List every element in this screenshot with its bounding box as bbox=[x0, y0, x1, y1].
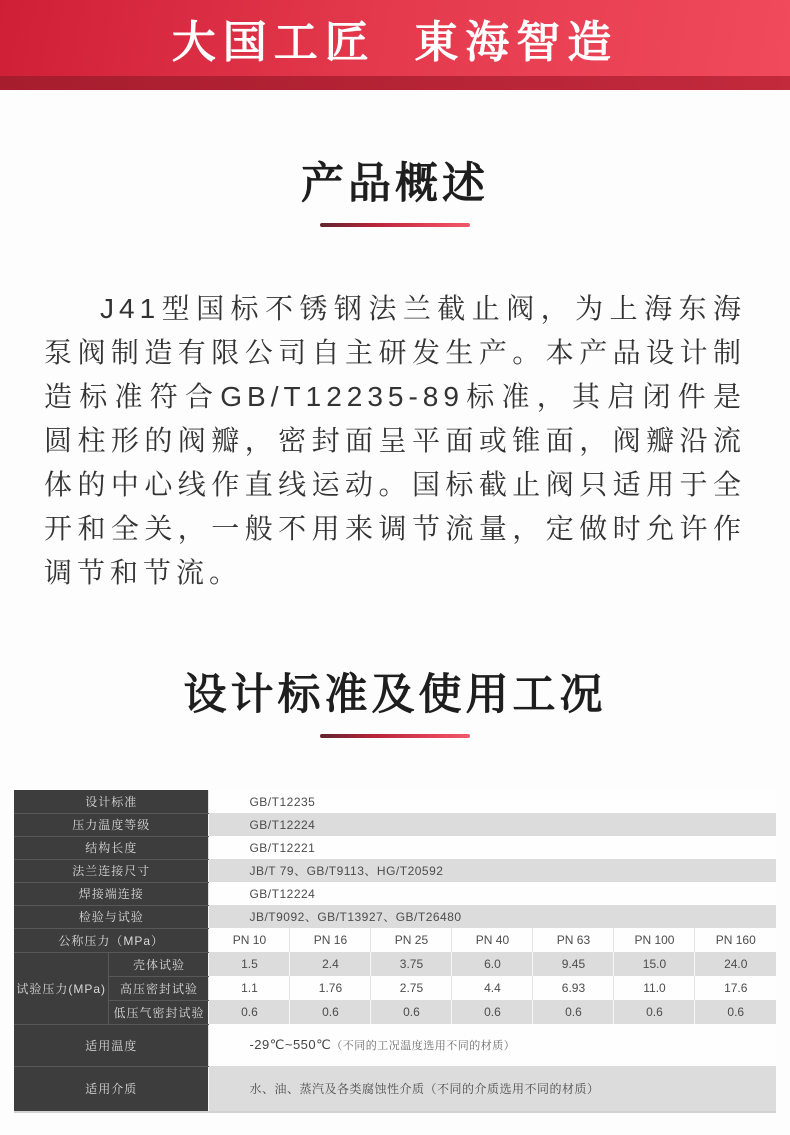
table-row-nominal-pressure: 公称压力（MPa） PN 10 PN 16 PN 25 PN 40 PN 63 … bbox=[14, 928, 776, 952]
overview-paragraph: J41型国标不锈钢法兰截止阀，为上海东海泵阀制造有限公司自主研发生产。本产品设计… bbox=[44, 287, 746, 595]
product-page: 大国工匠 東海智造 产品概述 J41型国标不锈钢法兰截止阀，为上海东海泵阀制造有… bbox=[0, 0, 790, 1135]
pn-column-header: PN 16 bbox=[290, 928, 371, 952]
table-row-flange-size: 法兰连接尺寸 JB/T 79、GB/T9113、HG/T20592 bbox=[14, 859, 776, 882]
pressure-value: 3.75 bbox=[371, 952, 452, 976]
pressure-value: 6.93 bbox=[533, 976, 614, 1000]
table-row-medium: 适用介质 水、油、蒸汽及各类腐蚀性介质（不同的介质选用不同的材质） bbox=[14, 1066, 776, 1112]
banner-bottom-strip bbox=[0, 76, 790, 90]
pressure-value: 0.6 bbox=[695, 1000, 776, 1024]
pressure-value: 0.6 bbox=[371, 1000, 452, 1024]
table-row-hp-seal-test: 高压密封试验 1.1 1.76 2.75 4.4 6.93 11.0 17.6 bbox=[14, 976, 776, 1000]
pn-column-header: PN 100 bbox=[614, 928, 695, 952]
table-row-design-standard: 设计标准 GB/T12235 bbox=[14, 790, 776, 813]
overview-title-underline bbox=[320, 223, 470, 227]
pressure-value: 6.0 bbox=[452, 952, 533, 976]
row-label: 公称压力（MPa） bbox=[14, 928, 209, 952]
medium-value-cell: 水、油、蒸汽及各类腐蚀性介质（不同的介质选用不同的材质） bbox=[209, 1066, 776, 1112]
specs-title-underline bbox=[320, 734, 470, 738]
row-value: GB/T12224 bbox=[209, 813, 776, 836]
pressure-value: 0.6 bbox=[614, 1000, 695, 1024]
spec-table: 设计标准 GB/T12235 压力温度等级 GB/T12224 结构长度 GB/… bbox=[14, 790, 776, 1113]
pressure-value: 2.75 bbox=[371, 976, 452, 1000]
table-row-lp-air-seal-test: 低压气密封试验 0.6 0.6 0.6 0.6 0.6 0.6 0.6 bbox=[14, 1000, 776, 1024]
row-label: 壳体试验 bbox=[109, 952, 209, 976]
overview-title: 产品概述 bbox=[0, 158, 790, 210]
row-label: 结构长度 bbox=[14, 836, 209, 859]
pressure-value: 1.5 bbox=[209, 952, 290, 976]
banner-inner: 大国工匠 東海智造 bbox=[0, 0, 790, 76]
pressure-value: 1.1 bbox=[209, 976, 290, 1000]
pn-column-header: PN 40 bbox=[452, 928, 533, 952]
row-value: JB/T 79、GB/T9113、HG/T20592 bbox=[209, 859, 776, 882]
pn-column-header: PN 160 bbox=[695, 928, 776, 952]
temperature-note: （不同的工况温度选用不同的材质） bbox=[331, 1040, 515, 1052]
table-row-shell-test: 试验压力(MPa) 壳体试验 1.5 2.4 3.75 6.0 9.45 15.… bbox=[14, 952, 776, 976]
row-label: 法兰连接尺寸 bbox=[14, 859, 209, 882]
row-label: 适用温度 bbox=[14, 1024, 209, 1066]
pressure-value: 15.0 bbox=[614, 952, 695, 976]
pressure-value: 0.6 bbox=[290, 1000, 371, 1024]
pressure-value: 0.6 bbox=[209, 1000, 290, 1024]
pn-column-header: PN 25 bbox=[371, 928, 452, 952]
pressure-value: 2.4 bbox=[290, 952, 371, 976]
row-value: GB/T12224 bbox=[209, 882, 776, 905]
table-row-temperature: 适用温度 -29℃~550℃（不同的工况温度选用不同的材质） bbox=[14, 1024, 776, 1066]
pressure-value: 1.76 bbox=[290, 976, 371, 1000]
temperature-value-cell: -29℃~550℃（不同的工况温度选用不同的材质） bbox=[209, 1024, 776, 1066]
pn-column-header: PN 63 bbox=[533, 928, 614, 952]
pressure-value: 0.6 bbox=[452, 1000, 533, 1024]
row-label: 焊接端连接 bbox=[14, 882, 209, 905]
row-label: 压力温度等级 bbox=[14, 813, 209, 836]
specs-section: 设计标准及使用工况 设计标准 GB/T12235 压力温度等级 GB/T1222… bbox=[0, 669, 790, 1113]
test-pressure-group-label: 试验压力(MPa) bbox=[14, 952, 109, 1024]
table-row-weld-end: 焊接端连接 GB/T12224 bbox=[14, 882, 776, 905]
pressure-value: 9.45 bbox=[533, 952, 614, 976]
pressure-value: 0.6 bbox=[533, 1000, 614, 1024]
pn-column-header: PN 10 bbox=[209, 928, 290, 952]
row-value: JB/T9092、GB/T13927、GB/T26480 bbox=[209, 905, 776, 928]
pressure-value: 11.0 bbox=[614, 976, 695, 1000]
row-value: GB/T12235 bbox=[209, 790, 776, 813]
row-label: 高压密封试验 bbox=[109, 976, 209, 1000]
banner-title: 大国工匠 東海智造 bbox=[172, 6, 618, 70]
banner: 大国工匠 東海智造 bbox=[0, 0, 790, 90]
pressure-value: 4.4 bbox=[452, 976, 533, 1000]
row-label: 设计标准 bbox=[14, 790, 209, 813]
pressure-value: 24.0 bbox=[695, 952, 776, 976]
table-row-pressure-temp-class: 压力温度等级 GB/T12224 bbox=[14, 813, 776, 836]
row-label: 适用介质 bbox=[14, 1066, 209, 1112]
temperature-range: -29℃~550℃ bbox=[249, 1037, 331, 1052]
table-row-inspection-test: 检验与试验 JB/T9092、GB/T13927、GB/T26480 bbox=[14, 905, 776, 928]
specs-title: 设计标准及使用工况 bbox=[0, 669, 790, 721]
pressure-value: 17.6 bbox=[695, 976, 776, 1000]
row-label: 检验与试验 bbox=[14, 905, 209, 928]
overview-section: 产品概述 J41型国标不锈钢法兰截止阀，为上海东海泵阀制造有限公司自主研发生产。… bbox=[0, 158, 790, 595]
table-row-structure-length: 结构长度 GB/T12221 bbox=[14, 836, 776, 859]
row-label: 低压气密封试验 bbox=[109, 1000, 209, 1024]
row-value: GB/T12221 bbox=[209, 836, 776, 859]
